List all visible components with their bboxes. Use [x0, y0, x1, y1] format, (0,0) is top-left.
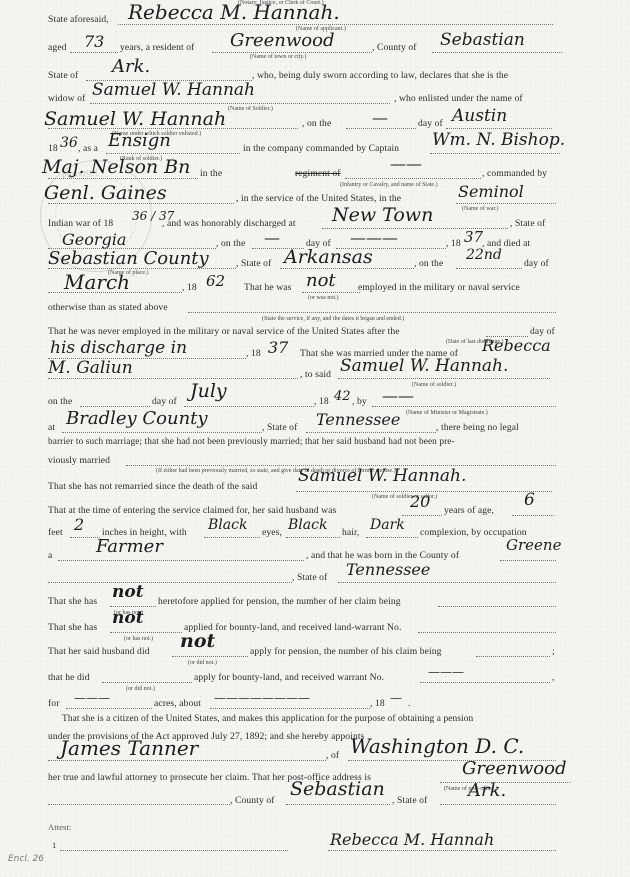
hw-about: ———————— [214, 692, 310, 704]
line-year-3: , 18 [182, 282, 197, 293]
line-he-was: That he was [244, 282, 291, 293]
warrant-number-field[interactable] [420, 682, 550, 683]
line-state-of-5: , State of [292, 572, 327, 583]
service-field[interactable] [188, 312, 556, 313]
hw-not-remarried-name: Samuel W. Hannah. [298, 468, 466, 485]
hw-maiden-name-2: M. Galiun [48, 360, 133, 377]
about-date-field[interactable] [210, 708, 370, 709]
line-county-of-2: , County of [230, 795, 275, 806]
line-semicolon: ; [552, 646, 555, 657]
line-that-he-did: that he did [48, 672, 90, 683]
occupation-field[interactable] [58, 560, 304, 561]
line-heretofore-applied: heretofore applied for pension, the numb… [158, 596, 401, 607]
hw-po-state: Ark. [468, 782, 506, 800]
war-field[interactable] [456, 203, 556, 204]
hw-widow-of: Samuel W. Hannah [92, 82, 255, 99]
hw-birth-county: Greene [506, 538, 561, 553]
caption-soldier: (Name of Soldier.) [228, 106, 273, 112]
birth-county-cont-field[interactable] [48, 582, 292, 583]
line-year-prefix: 18 [48, 143, 58, 154]
hw-war: Seminol [458, 184, 524, 200]
eyes-field[interactable] [204, 537, 260, 538]
hw-death-year: 62 [206, 274, 225, 289]
hw-death-state: Arkansas [284, 248, 373, 267]
hw-post-office: Greenwood [462, 760, 566, 778]
line-indian-war: Indian war of 18 [48, 218, 113, 229]
hw-town: Greenwood [230, 32, 334, 50]
hw-captain: Wm. N. Bishop. [432, 132, 565, 149]
line-she-has-1: That she has [48, 596, 97, 607]
caption-soldier-2: (Name of soldier.) [412, 382, 456, 388]
hw-marriage-state: Tennessee [316, 412, 400, 428]
land-warrant-field[interactable] [418, 632, 556, 633]
attorney-field[interactable] [48, 760, 326, 761]
hw-discharge-year: 37 [464, 230, 483, 245]
line-hair: hair, [342, 527, 359, 538]
hw-enlist-year: 36 [60, 136, 78, 150]
hw-age: 73 [84, 34, 104, 50]
hw-enlist-day: — [372, 110, 388, 126]
line-previously-married: viously married [48, 455, 110, 466]
death-day-field[interactable] [456, 268, 522, 269]
hw-death-day: 22nd [466, 248, 502, 262]
line-period: . [408, 698, 411, 709]
hw-acres: ——— [74, 692, 110, 704]
caption-did-not-1: (or did not.) [188, 660, 217, 666]
widow-of-field[interactable] [90, 103, 390, 104]
hw-complexion: Dark [370, 518, 405, 532]
birth-state-field[interactable] [338, 582, 556, 583]
marriage-state-field[interactable] [306, 432, 436, 433]
line-day-of: day of [418, 118, 443, 129]
age-field[interactable] [70, 52, 118, 53]
line-a: a [48, 550, 52, 561]
line-widow-of: widow of [48, 93, 85, 104]
hw-husband-pension: not [180, 632, 215, 651]
hw-discharge-month: ——— [350, 230, 398, 246]
husband-pension-field[interactable] [172, 656, 248, 657]
witness-1-number: 1 [52, 840, 56, 850]
hw-died-at: Sebastian County [48, 250, 209, 268]
line-day-of-3: day of [524, 258, 549, 269]
po-state-field[interactable] [440, 804, 556, 805]
hw-height-feet: 6 [524, 492, 535, 509]
hw-signature: Rebecca M. Hannah [330, 832, 494, 848]
county-field[interactable] [432, 52, 562, 53]
line-by: , by [352, 396, 367, 407]
hw-about-year: — [390, 692, 402, 704]
hw-last-discharge: his discharge in [50, 340, 187, 357]
pension-applied-field[interactable] [110, 606, 156, 607]
hw-height-inches: 2 [74, 517, 84, 533]
birth-county-field[interactable] [500, 560, 556, 561]
line-day-of-5: day of [152, 396, 177, 407]
witness-1-field[interactable] [60, 850, 288, 851]
regiment-field[interactable] [345, 178, 481, 179]
enlist-month-field[interactable] [446, 128, 552, 129]
was-not-field[interactable] [302, 292, 360, 293]
hw-applicant-name: Rebecca M. Hannah. [128, 2, 340, 22]
battalion-field[interactable] [48, 178, 198, 179]
complexion-field[interactable] [366, 537, 418, 538]
line-no-legal: , there being no legal [436, 422, 519, 433]
line-eyes: eyes, [262, 527, 282, 538]
hw-birth-state: Tennessee [346, 562, 430, 578]
hw-occupation: Farmer [96, 538, 163, 556]
caption-did-not-2: (or did not.) [126, 686, 155, 692]
caption-town: (Name of town or city.) [250, 54, 306, 60]
age-at-service-field[interactable] [402, 515, 442, 516]
po-town-field[interactable] [48, 804, 230, 805]
claimant-signature-field[interactable] [328, 850, 556, 851]
line-state-of-4: , State of [262, 422, 297, 433]
line-never-employed: That he was never employed in the milita… [48, 326, 400, 337]
line-employed-military: employed in the military or naval servic… [358, 282, 520, 293]
marriage-day-field[interactable] [80, 406, 150, 407]
married-to-field[interactable] [338, 378, 550, 379]
hw-eyes: Black [208, 518, 247, 532]
line-company-commanded: in the company commanded by Captain [243, 143, 399, 154]
husband-bounty-field[interactable] [102, 682, 192, 683]
hw-discharge-state: Georgia [62, 232, 126, 248]
line-on-the-3: , on the [414, 258, 443, 269]
margin-note: Encl. 26 [8, 854, 44, 864]
line-state-of-2: , State of [510, 218, 545, 229]
attest-label: Attest: [48, 822, 71, 832]
line-acres-about: acres, about [154, 698, 201, 709]
line-on-the: , on the [302, 118, 331, 129]
line-service-us: , in the service of the United States, i… [236, 193, 401, 204]
line-barrier: barrier to such marriage; that she had n… [48, 437, 455, 447]
hw-married-to: Samuel W. Hannah. [340, 358, 508, 375]
line-commanded-by: , commanded by [482, 168, 547, 179]
line-for: for [48, 698, 60, 709]
hw-attorney-city: Washington D. C. [350, 736, 524, 756]
caption-minister: (Name of Minister or Magistrate.) [406, 410, 488, 416]
line-apply-pension: apply for pension, the number of his cla… [250, 646, 442, 657]
hw-commander: Genl. Gaines [44, 184, 167, 203]
caption-regiment: (Infantry or Cavalry, and name of State.… [340, 182, 438, 188]
hw-death-month: March [64, 272, 130, 292]
line-at: at [48, 422, 55, 433]
line-years-of-age: years of age, [444, 505, 494, 516]
minister-field[interactable] [372, 406, 556, 407]
hw-enlisted-name: Samuel W. Hannah [44, 110, 226, 129]
line-enlisted-under: , who enlisted under the name of [394, 93, 523, 104]
her-claim-number-field[interactable] [438, 606, 556, 607]
line-year-5: , 18 [314, 396, 329, 407]
hw-po-county: Sebastian [290, 780, 385, 799]
line-on-the-4: on the [48, 396, 72, 407]
enlist-day-field[interactable] [346, 128, 416, 129]
caption-service: (State the service, if any, and the date… [262, 316, 404, 322]
marriage-place-field[interactable] [62, 432, 262, 433]
hw-state: Ark. [112, 58, 150, 76]
hw-last-discharge-year: 37 [268, 340, 288, 356]
hw-discharged-at: New Town [332, 206, 433, 225]
hw-age-at-service: 20 [410, 494, 430, 510]
hw-county: Sebastian [440, 32, 525, 49]
hw-bounty-applied: not [112, 610, 144, 627]
line-not-remarried: That she has not remarried since the dea… [48, 481, 257, 492]
hw-enlist-month: Austin [452, 108, 507, 125]
line-aged-label: aged [48, 42, 67, 53]
line-feet: feet [48, 527, 63, 538]
line-year-4: , 18 [246, 348, 261, 359]
line-of: , of [326, 750, 339, 761]
his-claim-number-field[interactable] [476, 656, 550, 657]
caption-war: (Name of war.) [462, 206, 498, 212]
line-received-warrant: apply for bounty-land, and received warr… [194, 672, 384, 683]
bounty-applied-field[interactable] [110, 632, 182, 633]
line-regiment-of: regiment of [295, 168, 341, 179]
line-state-of-3: , State of [236, 258, 271, 269]
height-feet-field[interactable] [512, 515, 554, 516]
line-state-aforesaid: State aforesaid, [48, 14, 109, 25]
hw-discharge-day: — [264, 230, 280, 246]
captain-field[interactable] [430, 153, 560, 154]
hw-hair: Black [288, 518, 327, 532]
hw-rank: Ensign [108, 132, 171, 150]
hw-marriage-year: 42 [334, 390, 351, 403]
applicant-name-field[interactable] [118, 24, 553, 25]
line-bounty-land: applied for bounty-land, and received la… [184, 622, 401, 633]
line-comma: , [552, 672, 555, 683]
hw-marriage-place: Bradley County [66, 410, 208, 428]
hw-was-not: not [306, 272, 336, 290]
maiden-name-field[interactable] [48, 378, 298, 379]
line-husband-did: That her said husband did [48, 646, 150, 657]
hw-warrant-no: ——— [428, 666, 464, 678]
marriage-month-field[interactable] [184, 406, 314, 407]
line-state-of: State of [48, 70, 78, 81]
line-sworn: , who, being duly sworn according to law… [252, 70, 508, 81]
hw-battalion: Maj. Nelson Bn [42, 158, 190, 177]
rank-field[interactable] [106, 153, 240, 154]
hw-pension-applied: not [112, 584, 144, 601]
hw-attorney: James Tanner [60, 738, 198, 758]
line-state-of-6: , State of [392, 795, 427, 806]
caption-has-not-2: (or has not.) [124, 636, 153, 642]
line-year-6: , 18 [370, 698, 385, 709]
line-as-a: , as a [78, 143, 98, 154]
hw-marriage-month: July [190, 382, 227, 401]
line-in-the: in the [200, 168, 222, 179]
town-field[interactable] [212, 52, 372, 53]
line-resident-label: years, a resident of [120, 42, 194, 53]
po-county-field[interactable] [286, 804, 390, 805]
line-on-the-2: , on the [216, 238, 245, 249]
line-to-said: , to said [300, 369, 331, 380]
hair-field[interactable] [286, 537, 340, 538]
hw-minister: —— [382, 388, 414, 404]
hw-regiment: —— [390, 156, 422, 172]
line-year-2: , 18 [446, 238, 461, 249]
pension-application-page: PENSION (Notary, Justice, or Clerk of Co… [0, 0, 630, 877]
hw-maiden-name-1: Rebecca [482, 338, 551, 354]
death-state-field[interactable] [280, 268, 414, 269]
line-time-of-entering: That at the time of entering the service… [48, 505, 336, 516]
line-otherwise: otherwise than as stated above [48, 302, 168, 313]
acres-field[interactable] [66, 708, 152, 709]
caption-was-not: (or was not.) [308, 295, 339, 301]
line-citizen: That she is a citizen of the United Stat… [62, 714, 473, 724]
line-county-label: , County of [372, 42, 417, 53]
line-she-has-2: That she has [48, 622, 97, 633]
